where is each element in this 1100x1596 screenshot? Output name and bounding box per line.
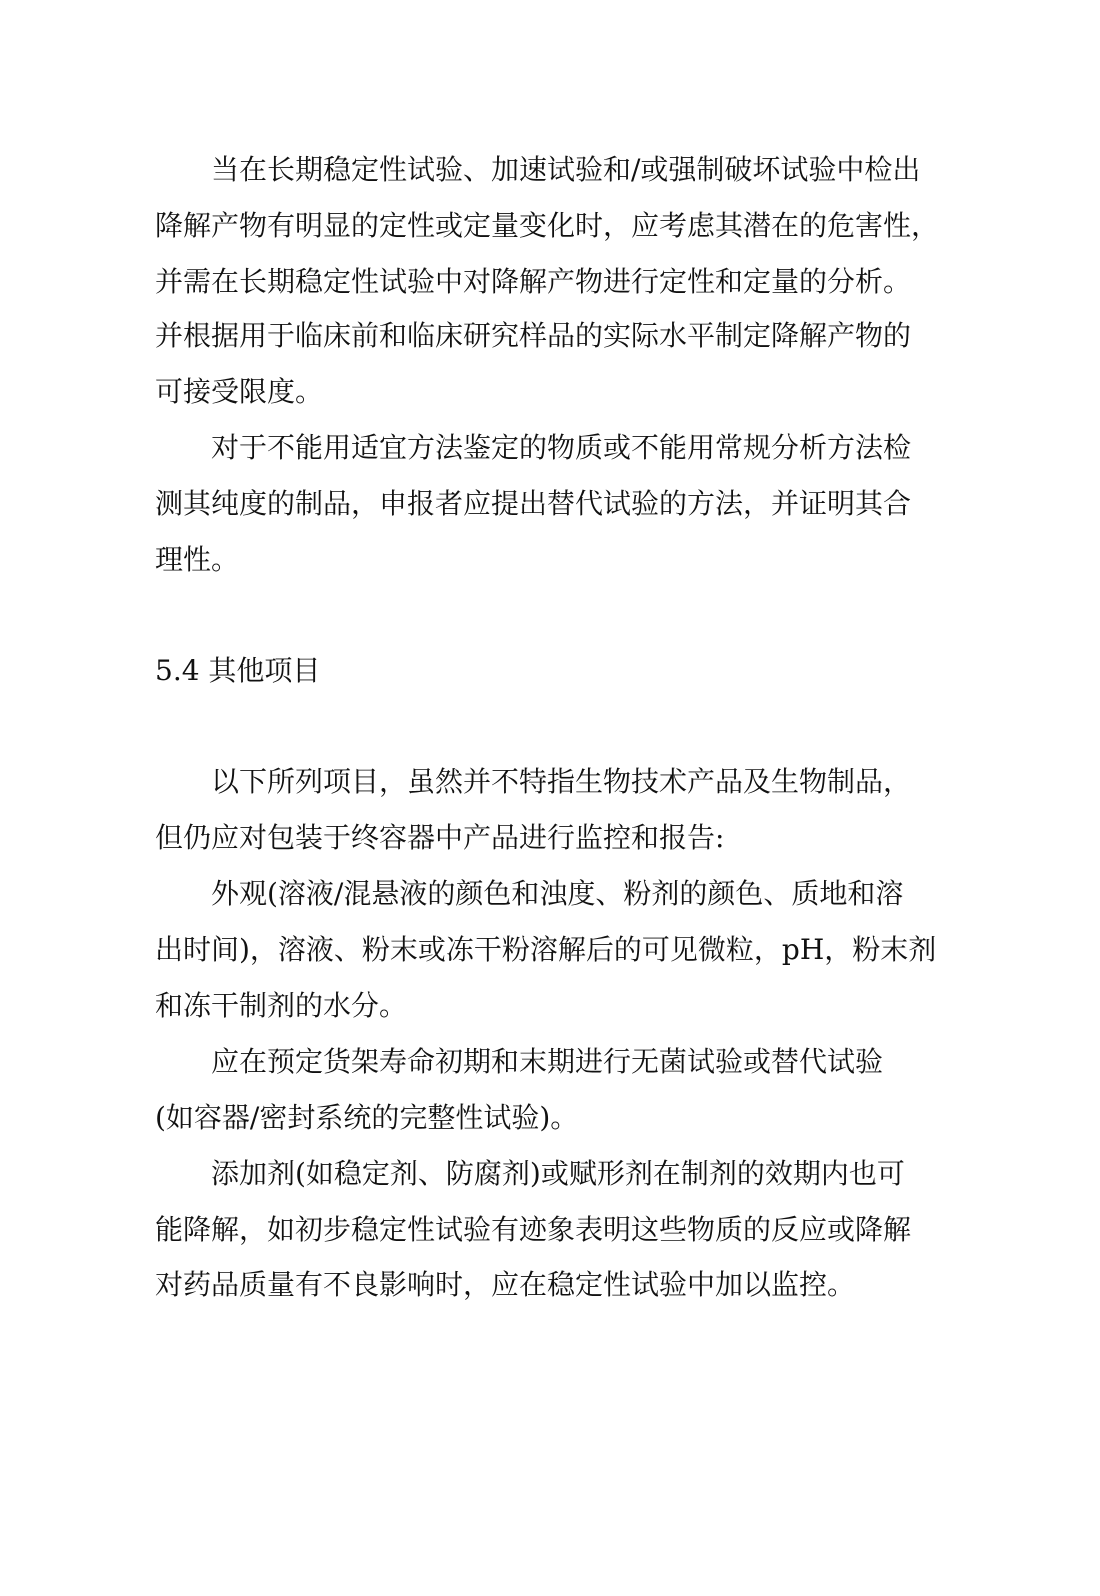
text-line: 和冻干制剂的水分。 [155,986,407,1026]
text-line: 出时间)，溶液、粉末或冻干粉溶解后的可见微粒，pH，粉末剂 [155,930,936,970]
text-line: 降解产物有明显的定性或定量变化时，应考虑其潜在的危害性， [155,206,939,246]
text-line: 测其纯度的制品，申报者应提出替代试验的方法，并证明其合 [155,484,911,524]
text-line: 应在预定货架寿命初期和末期进行无菌试验或替代试验 [211,1042,883,1082]
text-line: 并根据用于临床前和临床研究样品的实际水平制定降解产物的 [155,316,911,356]
text-line: 外观(溶液/混悬液的颜色和浊度、粉剂的颜色、质地和溶 [211,874,903,914]
section-heading: 5.4 其他项目 [155,651,320,691]
text-line: 对于不能用适宜方法鉴定的物质或不能用常规分析方法检 [211,428,911,468]
text-line: (如容器/密封系统的完整性试验)。 [155,1098,578,1138]
text-line: 当在长期稳定性试验、加速试验和/或强制破坏试验中检出 [211,150,920,190]
text-line: 添加剂(如稳定剂、防腐剂)或赋形剂在制剂的效期内也可 [211,1154,905,1194]
text-line: 对药品质量有不良影响时，应在稳定性试验中加以监控。 [155,1265,855,1305]
text-line: 以下所列项目，虽然并不特指生物技术产品及生物制品， [211,762,911,802]
text-line: 并需在长期稳定性试验中对降解产物进行定性和定量的分析。 [155,262,911,302]
text-line: 但仍应对包装于终容器中产品进行监控和报告: [155,818,724,858]
text-line: 能降解，如初步稳定性试验有迹象表明这些物质的反应或降解 [155,1210,911,1250]
text-line: 理性。 [155,540,239,580]
text-line: 可接受限度。 [155,372,323,412]
